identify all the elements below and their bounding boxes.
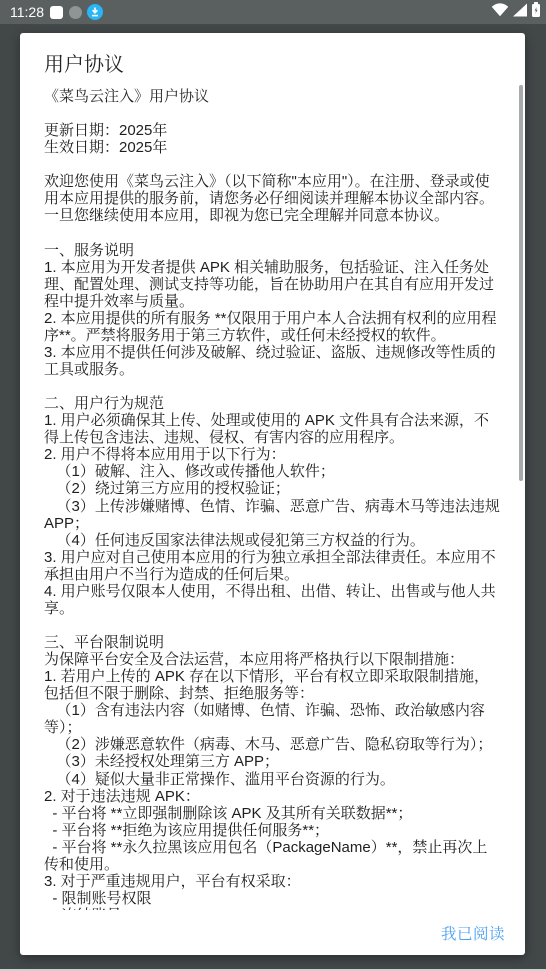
system-update-icon	[87, 4, 103, 20]
agreement-body-text: 《菜鸟云注入》用户协议 更新日期：2025年 生效日期：2025年 欢迎您使用《…	[20, 85, 525, 910]
status-bar: 11:28	[0, 0, 546, 24]
cellular-signal-icon	[512, 3, 528, 22]
dialog-title: 用户协议	[20, 33, 525, 78]
wifi-icon	[491, 3, 509, 22]
notification-dimmed-icon	[69, 6, 82, 19]
confirm-read-button[interactable]: 我已阅读	[429, 912, 517, 954]
battery-charging-icon	[531, 1, 541, 23]
user-agreement-dialog: 用户协议 《菜鸟云注入》用户协议 更新日期：2025年 生效日期：2025年 欢…	[20, 33, 525, 955]
notification-square-icon	[50, 6, 63, 19]
status-right-icons	[491, 0, 541, 24]
status-time: 11:28	[10, 4, 44, 20]
dialog-button-bar: 我已阅读	[20, 910, 525, 955]
agreement-scroll-area[interactable]: 《菜鸟云注入》用户协议 更新日期：2025年 生效日期：2025年 欢迎您使用《…	[20, 85, 525, 910]
scrollbar-thumb[interactable]	[519, 85, 523, 481]
